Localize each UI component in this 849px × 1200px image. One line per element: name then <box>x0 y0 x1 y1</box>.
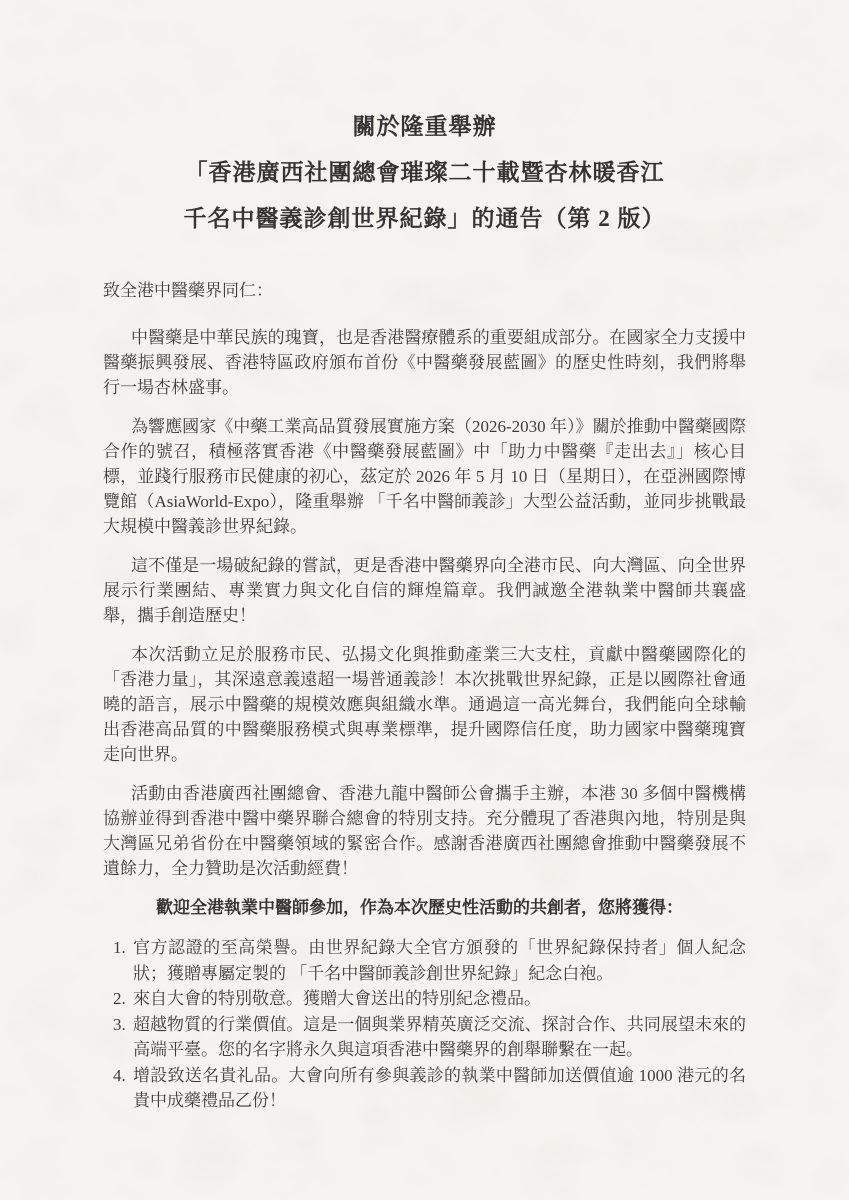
salutation-line: 致全港中醫藥界同仁： <box>103 278 746 303</box>
benefit-number-4: 4. <box>113 1063 126 1089</box>
benefit-text-2: 來自大會的特別敬意。獲贈大會送出的特別紀念禮品。 <box>133 989 541 1008</box>
benefits-heading: 歡迎全港執業中醫師參加，作為本次歷史性活動的共創者，您將獲得： <box>103 895 746 921</box>
body-paragraph-5: 活動由香港廣西社團總會、香港九龍中醫師公會攜手主辦，本港 30 多個中醫機構協辦… <box>103 781 746 881</box>
notice-document-page: 關於隆重舉辦 「香港廣西社團總會璀璨二十載暨杏林暖香江 千名中醫義診創世界紀錄」… <box>0 0 849 1200</box>
benefit-text-3: 超越物質的行業價值。這是一個與業界精英廣泛交流、探討合作、共同展望未來的高端平臺… <box>133 1015 746 1060</box>
notice-text-column: 關於隆重舉辦 「香港廣西社團總會璀璨二十載暨杏林暖香江 千名中醫義診創世界紀錄」… <box>103 0 746 1114</box>
body-paragraph-1: 中醫藥是中華民族的瑰寶，也是香港醫療體系的重要組成部分。在國家全力支援中醫藥振興… <box>103 325 746 400</box>
benefit-number-2: 2. <box>113 986 126 1012</box>
benefit-text-4: 增設致送名貴礼品。大會向所有參與義診的執業中醫師加送價值逾 1000 港元的名貴… <box>133 1066 746 1111</box>
notice-title: 關於隆重舉辦 「香港廣西社團總會璀璨二十載暨杏林暖香江 千名中醫義診創世界紀錄」… <box>103 104 746 242</box>
benefit-item-4: 4. 增設致送名貴礼品。大會向所有參與義診的執業中醫師加送價值逾 1000 港元… <box>113 1063 746 1114</box>
notice-title-line-3: 千名中醫義診創世界紀錄」的通告（第 2 版） <box>103 196 746 242</box>
benefit-text-1: 官方認證的至高榮譽。由世界紀錄大全官方頒發的「世界紀錄保持者」個人紀念狀；獲贈專… <box>133 938 746 983</box>
benefit-item-2: 2. 來自大會的特別敬意。獲贈大會送出的特別紀念禮品。 <box>113 986 746 1012</box>
body-paragraph-3: 這不僅是一場破紀錄的嘗試，更是香港中醫藥界向全港市民、向大灣區、向全世界展示行業… <box>103 553 746 628</box>
benefit-item-1: 1. 官方認證的至高榮譽。由世界紀錄大全官方頒發的「世界紀錄保持者」個人紀念狀；… <box>113 935 746 986</box>
body-paragraph-2: 為響應國家《中藥工業高品質發展實施方案（2026-2030 年）》關於推動中醫藥… <box>103 414 746 539</box>
notice-title-line-2: 「香港廣西社團總會璀璨二十載暨杏林暖香江 <box>103 150 746 196</box>
benefits-list: 1. 官方認證的至高榮譽。由世界紀錄大全官方頒發的「世界紀錄保持者」個人紀念狀；… <box>113 935 746 1114</box>
benefit-number-3: 3. <box>113 1012 126 1038</box>
notice-title-line-1: 關於隆重舉辦 <box>103 104 746 150</box>
body-paragraph-4: 本次活動立足於服務市民、弘揚文化與推動產業三大支柱，貢獻中醫藥國際化的「香港力量… <box>103 642 746 767</box>
benefit-item-3: 3. 超越物質的行業價值。這是一個與業界精英廣泛交流、探討合作、共同展望未來的高… <box>113 1012 746 1063</box>
benefit-number-1: 1. <box>113 935 126 961</box>
